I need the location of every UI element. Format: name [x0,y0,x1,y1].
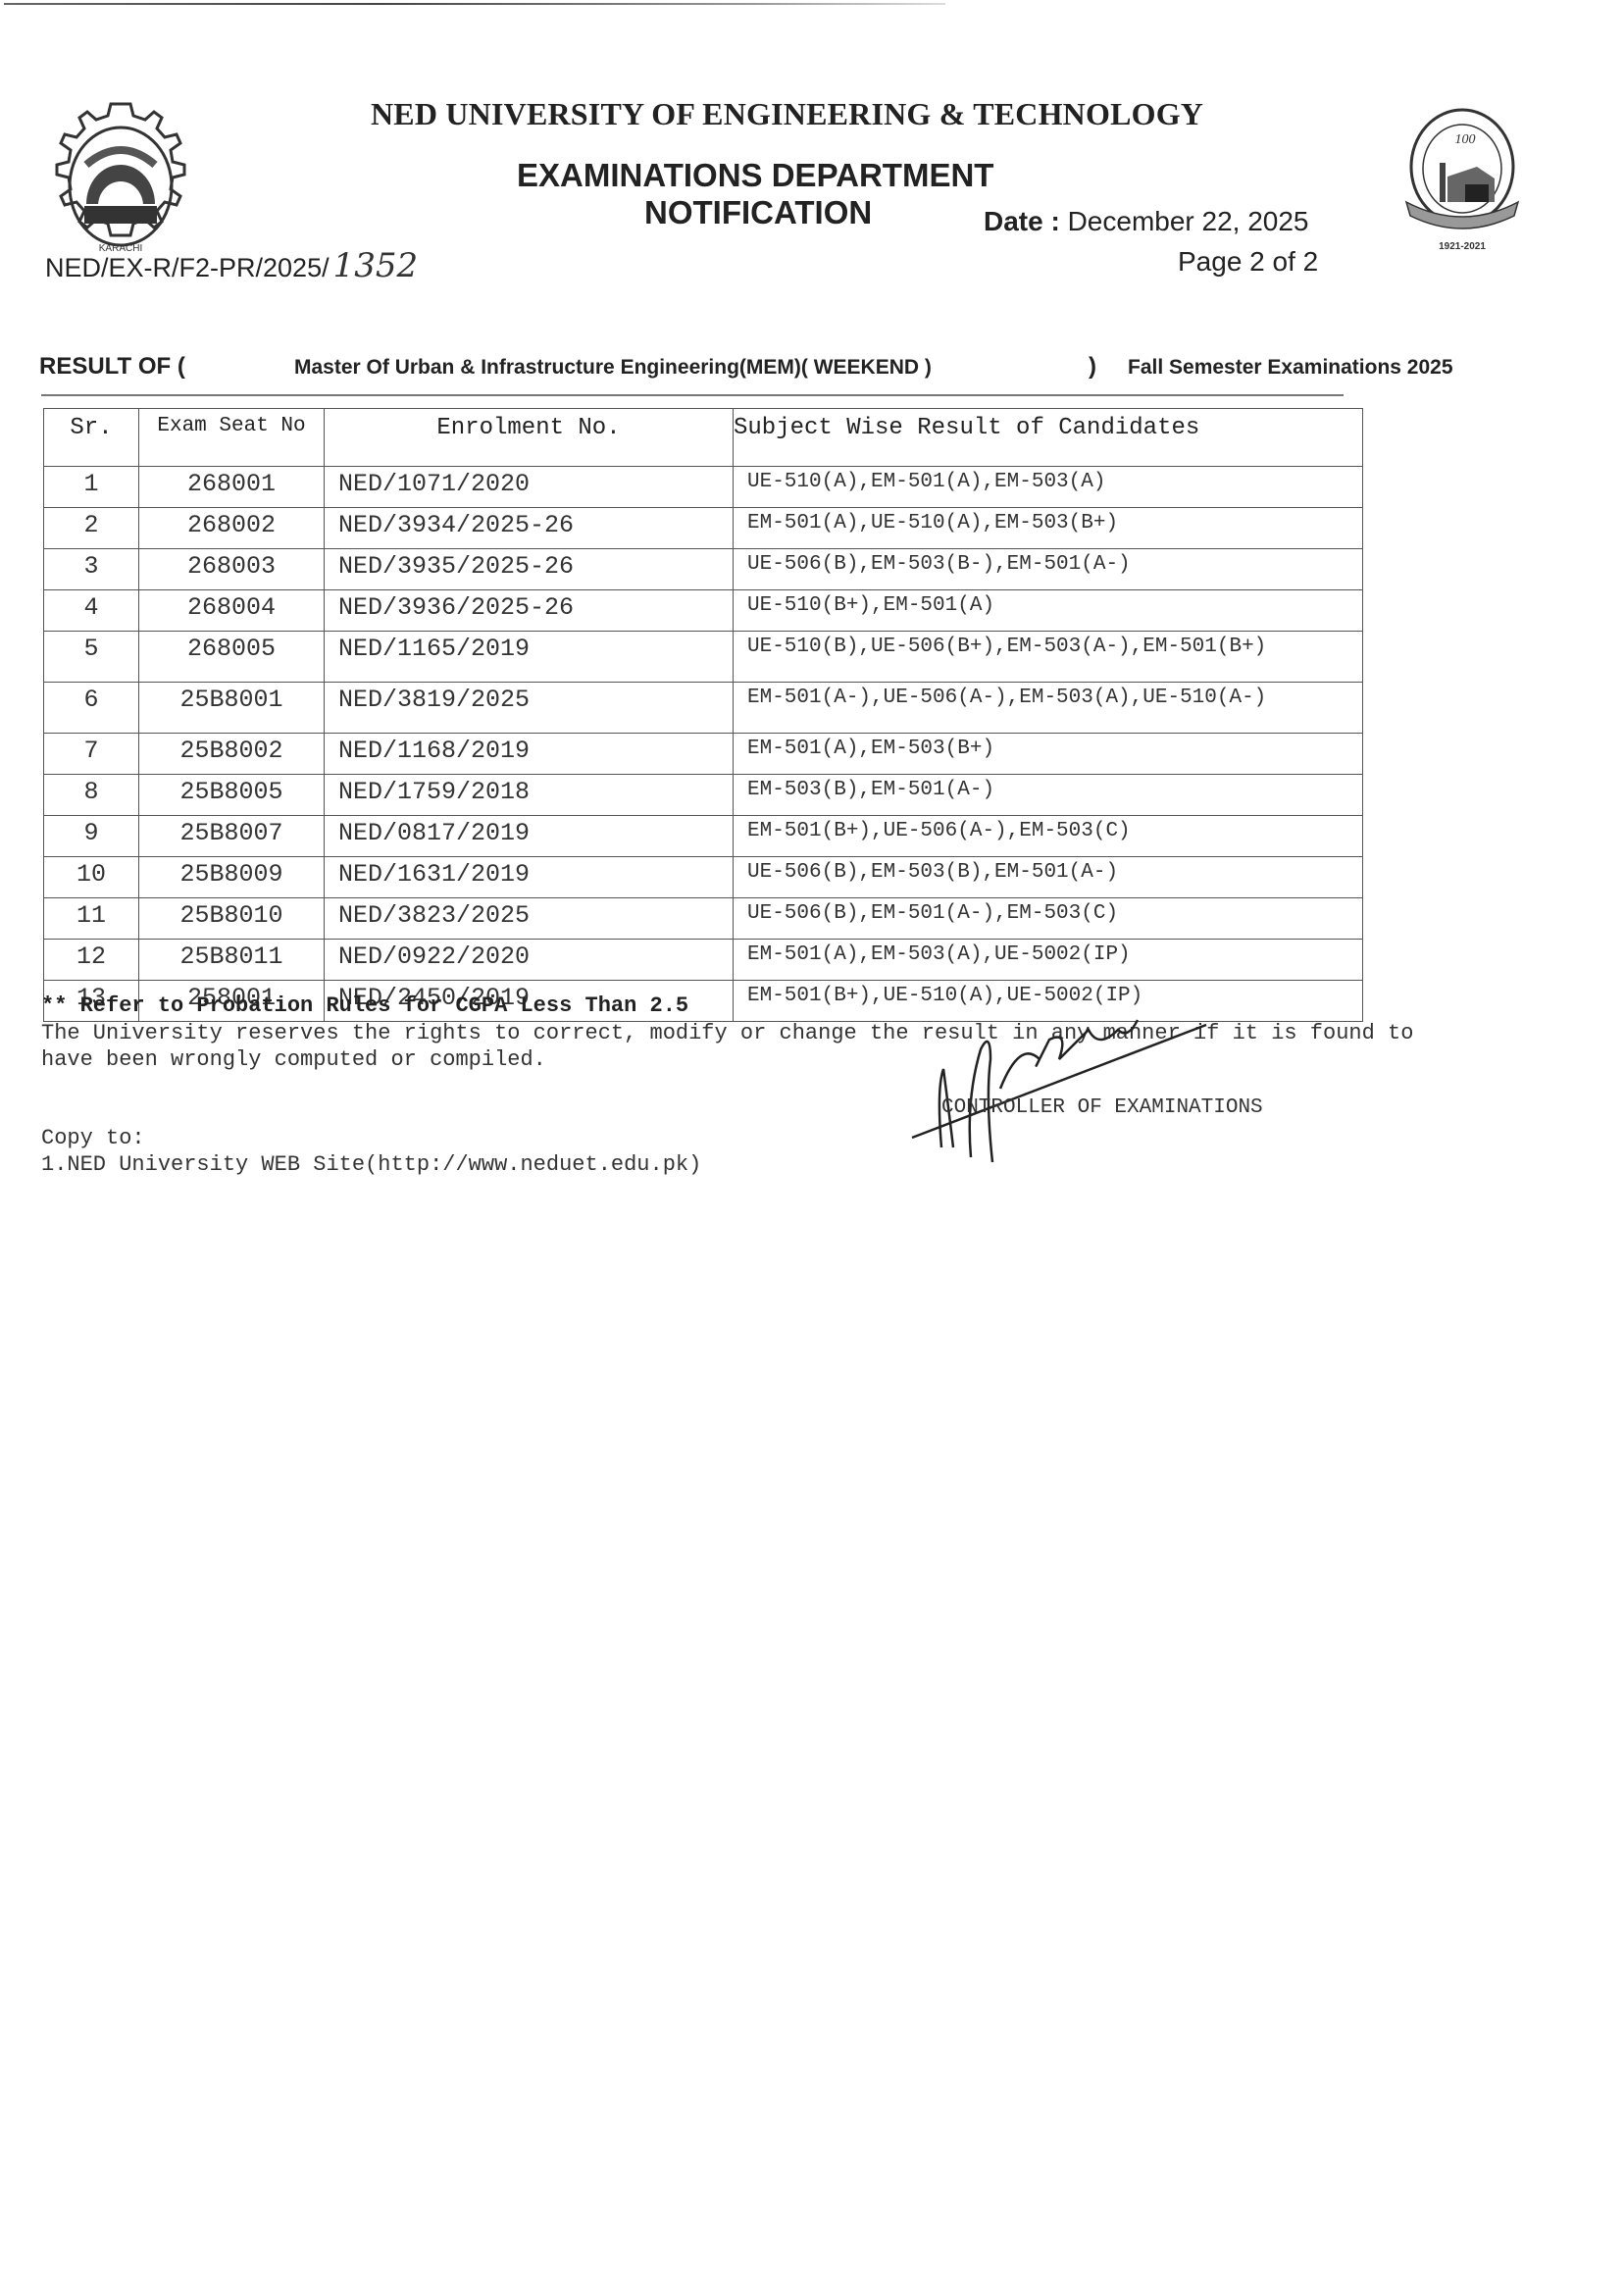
cell-enrolment: NED/3936/2025-26 [325,590,734,632]
cell-enrolment: NED/0922/2020 [325,940,734,981]
cell-seat-no: 268002 [139,508,325,549]
header-enrolment: Enrolment No. [325,409,734,467]
cell-result: UE-510(B),UE-506(B+),EM-503(A-),EM-501(B… [734,632,1363,683]
cell-sr: 10 [44,857,139,898]
cell-sr: 2 [44,508,139,549]
cell-seat-no: 268004 [139,590,325,632]
table-row: 1268001NED/1071/2020UE-510(A),EM-501(A),… [44,467,1363,508]
cell-seat-no: 268005 [139,632,325,683]
reference-printed: NED/EX-R/F2-PR/2025/ [45,253,330,282]
cell-result: EM-501(A),UE-510(A),EM-503(B+) [734,508,1363,549]
scan-top-edge-line [4,3,945,5]
table-row: 725B8002NED/1168/2019EM-501(A),EM-503(B+… [44,734,1363,775]
header-sr: Sr. [44,409,139,467]
cell-result: UE-506(B),EM-503(B),EM-501(A-) [734,857,1363,898]
notification-date: Date : December 22, 2025 [984,206,1309,237]
date-label: Date : [984,206,1060,236]
date-value: December 22, 2025 [1068,206,1309,236]
reference-handwritten: 1352 [333,246,419,285]
centenary-logo-icon: 100 1921-2021 [1389,106,1536,253]
cell-enrolment: NED/0817/2019 [325,816,734,857]
table-row: 3268003NED/3935/2025-26UE-506(B),EM-503(… [44,549,1363,590]
cell-seat-no: 268001 [139,467,325,508]
page-number: Page 2 of 2 [1178,246,1318,278]
cell-enrolment: NED/1759/2018 [325,775,734,816]
programme-name: Master Of Urban & Infrastructure Enginee… [294,356,932,380]
table-row: 1025B8009NED/1631/2019UE-506(B),EM-503(B… [44,857,1363,898]
cell-enrolment: NED/1165/2019 [325,632,734,683]
table-row: 625B8001NED/3819/2025EM-501(A-),UE-506(A… [44,683,1363,734]
cell-result: EM-503(B),EM-501(A-) [734,775,1363,816]
header-seat-no: Exam Seat No [139,409,325,467]
reference-number: NED/EX-R/F2-PR/2025/1352 [45,246,418,285]
copy-to-label: Copy to: [41,1125,701,1151]
cell-seat-no: 268003 [139,549,325,590]
cell-seat-no: 25B8001 [139,683,325,734]
copy-to-item: 1.NED University WEB Site(http://www.ned… [41,1151,701,1178]
cell-result: EM-501(A-),UE-506(A-),EM-503(A),UE-510(A… [734,683,1363,734]
table-row: 825B8005NED/1759/2018EM-503(B),EM-501(A-… [44,775,1363,816]
signature-icon [883,1000,1255,1177]
result-of-close: ) [1089,353,1096,381]
table-header-row: Sr. Exam Seat No Enrolment No. Subject W… [44,409,1363,467]
cell-result: EM-501(A),EM-503(A),UE-5002(IP) [734,940,1363,981]
semester-name: Fall Semester Examinations 2025 [1128,356,1453,380]
logo-100-text: 100 [1455,132,1476,147]
cell-seat-no: 25B8011 [139,940,325,981]
table-row: 1225B8011NED/0922/2020EM-501(A),EM-503(A… [44,940,1363,981]
results-table: Sr. Exam Seat No Enrolment No. Subject W… [43,408,1363,1022]
cell-result: UE-510(B+),EM-501(A) [734,590,1363,632]
cell-enrolment: NED/3935/2025-26 [325,549,734,590]
cell-result: UE-510(A),EM-501(A),EM-503(A) [734,467,1363,508]
cell-enrolment: NED/1071/2020 [325,467,734,508]
university-name: NED UNIVERSITY OF ENGINEERING & TECHNOLO… [371,96,1203,132]
cell-enrolment: NED/3823/2025 [325,898,734,940]
divider [41,394,1344,396]
result-of-label: RESULT OF ( [39,353,185,381]
table-row: 4268004NED/3936/2025-26UE-510(B+),EM-501… [44,590,1363,632]
cell-seat-no: 25B8002 [139,734,325,775]
logo-years-text: 1921-2021 [1439,241,1486,252]
cell-sr: 11 [44,898,139,940]
cell-sr: 6 [44,683,139,734]
cell-enrolment: NED/1631/2019 [325,857,734,898]
cell-enrolment: NED/3819/2025 [325,683,734,734]
header-result: Subject Wise Result of Candidates [734,409,1363,467]
table-row: 5268005NED/1165/2019UE-510(B),UE-506(B+)… [44,632,1363,683]
cell-sr: 7 [44,734,139,775]
table-row: 925B8007NED/0817/2019EM-501(B+),UE-506(A… [44,816,1363,857]
cell-seat-no: 25B8009 [139,857,325,898]
cell-result: EM-501(A),EM-503(B+) [734,734,1363,775]
cell-result: EM-501(B+),UE-506(A-),EM-503(C) [734,816,1363,857]
cell-sr: 5 [44,632,139,683]
department-title: EXAMINATIONS DEPARTMENT [517,157,993,194]
notification-title: NOTIFICATION [644,194,872,231]
cell-sr: 12 [44,940,139,981]
probation-note: ** Refer to Probation Rules for CGPA Les… [41,993,688,1018]
table-row: 2268002NED/3934/2025-26EM-501(A),UE-510(… [44,508,1363,549]
cell-enrolment: NED/1168/2019 [325,734,734,775]
cell-result: UE-506(B),EM-503(B-),EM-501(A-) [734,549,1363,590]
cell-seat-no: 25B8007 [139,816,325,857]
cell-sr: 8 [44,775,139,816]
cell-enrolment: NED/3934/2025-26 [325,508,734,549]
copy-to-section: Copy to: 1.NED University WEB Site(http:… [41,1125,701,1178]
cell-result: UE-506(B),EM-501(A-),EM-503(C) [734,898,1363,940]
cell-sr: 9 [44,816,139,857]
table-row: 1125B8010NED/3823/2025UE-506(B),EM-501(A… [44,898,1363,940]
cell-seat-no: 25B8010 [139,898,325,940]
cell-sr: 3 [44,549,139,590]
cell-sr: 4 [44,590,139,632]
signatory-title: CONTROLLER OF EXAMINATIONS [941,1096,1263,1119]
cell-seat-no: 25B8005 [139,775,325,816]
cell-sr: 1 [44,467,139,508]
